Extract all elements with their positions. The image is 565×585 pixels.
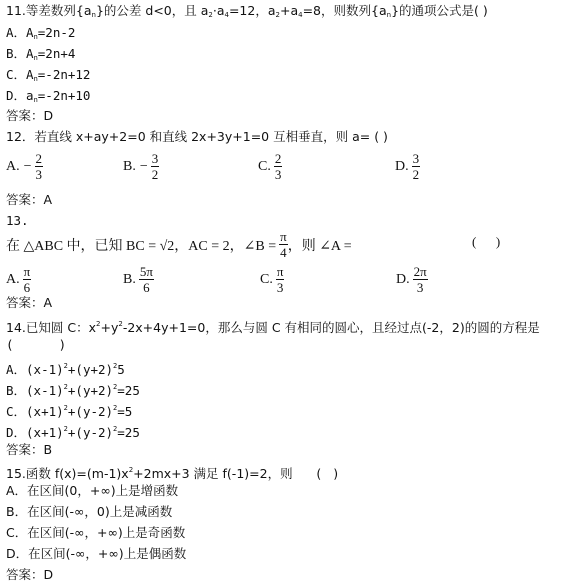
- question-13-stem: 在 △ABC 中，已知 BC = √2，AC = 2，∠B = π4，则 ∠A …: [6, 230, 352, 259]
- question-13-option-c: C.π3: [260, 265, 284, 294]
- question-number: 11.: [6, 3, 26, 18]
- stem-text: 已知圆 C：x: [26, 320, 96, 335]
- stem-text: 等差数列{a: [26, 3, 92, 18]
- stem-text: =12，a: [229, 3, 276, 18]
- question-12-stem: 12．若直线 x+ay+2=0 和直线 2x+3y+1=0 互相垂直，则 a= …: [6, 128, 388, 146]
- question-12-option-b: B.−32: [123, 152, 159, 181]
- fraction: π3: [276, 265, 285, 294]
- option-label: D．: [6, 88, 26, 103]
- question-13-option-a: A.π6: [6, 265, 31, 294]
- option-label: A.: [6, 159, 20, 175]
- question-14-option-c: C．(x+1)2+(y-2)2=5: [6, 399, 132, 421]
- fraction: 23: [274, 152, 283, 181]
- question-12-option-d: D.32: [395, 152, 420, 181]
- numerator: π: [23, 265, 32, 280]
- denominator: 6: [24, 280, 31, 294]
- option-label: B．: [6, 383, 26, 398]
- numerator: 3: [151, 152, 160, 167]
- stem-text: +a: [280, 3, 298, 18]
- question-15-answer: 答案：D: [6, 566, 53, 584]
- denominator: 6: [143, 280, 150, 294]
- question-number: 12．: [6, 129, 34, 144]
- option-label: A．: [6, 25, 26, 40]
- question-14-answer: 答案：B: [6, 441, 52, 459]
- stem-text: 若直线 x+ay+2=0 和直线 2x+3y+1=0 互相垂直，则 a= ( ): [34, 129, 388, 144]
- option-text: (x-1): [26, 362, 64, 377]
- question-15-stem: 15.函数 f(x)=(m-1)x2+2mx+3 满足 f(-1)=2，则 ( …: [6, 461, 338, 483]
- question-14-option-d: D．(x+1)2+(y-2)2=25: [6, 420, 140, 442]
- question-13-answer: 答案：A: [6, 294, 52, 312]
- question-11-stem: 11.等差数列{an}的公差 d<0，且 a2·a4=12，a2+a4=8，则数…: [6, 2, 488, 24]
- stem-text: =8，则数列{a: [303, 3, 387, 18]
- numerator: π: [279, 230, 288, 245]
- option-text: A: [26, 67, 34, 82]
- option-label: C．: [6, 404, 26, 419]
- question-number: 14.: [6, 320, 26, 335]
- option-text: +(y+2): [68, 362, 113, 377]
- option-text: A: [26, 46, 34, 61]
- fraction: 5π6: [139, 265, 154, 294]
- minus-sign: −: [24, 159, 32, 175]
- numerator: 5π: [139, 265, 154, 280]
- question-12-answer: 答案：A: [6, 191, 52, 209]
- option-label: C．: [6, 67, 26, 82]
- numerator: 2π: [413, 265, 428, 280]
- question-14-option-a: A．(x-1)2+(y+2)25: [6, 357, 125, 379]
- numerator: 3: [412, 152, 421, 167]
- fraction: 23: [35, 152, 44, 181]
- denominator: 3: [36, 167, 43, 181]
- option-text: =2n+4: [38, 46, 76, 61]
- option-text: =-2n+12: [38, 67, 91, 82]
- denominator: 4: [280, 245, 287, 259]
- option-text: A: [26, 25, 34, 40]
- option-text: +(y-2): [68, 404, 113, 419]
- option-label: C.: [258, 159, 271, 175]
- question-13-option-b: B.5π6: [123, 265, 154, 294]
- question-15-option-a: A．在区间(0，+∞)上是增函数: [6, 482, 178, 500]
- option-text: =25: [117, 425, 140, 440]
- numerator: π: [276, 265, 285, 280]
- question-12-option-c: C.23: [258, 152, 282, 181]
- numerator: 2: [274, 152, 283, 167]
- fraction: π4: [279, 230, 288, 259]
- stem-text: }的通项公式是( ): [391, 3, 488, 18]
- answer-blank: ( ): [6, 336, 66, 354]
- fraction: 32: [412, 152, 421, 181]
- option-text: +(y+2): [68, 383, 113, 398]
- question-11-option-c: C．An=-2n+12: [6, 66, 90, 88]
- stem-text: }的公差 d<0，且 a: [96, 3, 208, 18]
- option-text: 5: [117, 362, 125, 377]
- option-text: =-2n+10: [38, 88, 91, 103]
- question-11-answer: 答案：D: [6, 107, 53, 125]
- denominator: 3: [277, 280, 284, 294]
- option-label: D．: [6, 425, 26, 440]
- option-text: (x+1): [26, 404, 64, 419]
- stem-text: ·a: [213, 3, 225, 18]
- numerator: 2: [35, 152, 44, 167]
- option-label: A．: [6, 362, 26, 377]
- option-text: (x-1): [26, 383, 64, 398]
- question-11-option-d: D．an=-2n+10: [6, 87, 90, 109]
- fraction: 32: [151, 152, 160, 181]
- question-11-option-b: B．An=2n+4: [6, 45, 75, 67]
- option-text: a: [26, 88, 34, 103]
- option-text: =25: [117, 383, 140, 398]
- denominator: 3: [417, 280, 424, 294]
- option-label: B．: [6, 46, 26, 61]
- option-label: B.: [123, 159, 136, 175]
- question-14-stem: 14.已知圆 C：x2+y2-2x+4y+1=0，那么与圆 C 有相同的圆心，且…: [6, 315, 540, 337]
- stem-text: +y: [100, 320, 118, 335]
- question-15-option-c: C．在区间(-∞，+∞)上是奇函数: [6, 524, 185, 542]
- minus-sign: −: [140, 159, 148, 175]
- option-label: D.: [396, 272, 410, 288]
- denominator: 2: [152, 167, 159, 181]
- answer-blank: ( ): [472, 234, 500, 250]
- question-13-number: 13.: [6, 212, 29, 230]
- stem-text: ，则 ∠A =: [288, 235, 352, 255]
- option-text: +(y-2): [68, 425, 113, 440]
- question-12-option-a: A.−23: [6, 152, 43, 181]
- option-label: C.: [260, 272, 273, 288]
- option-label: B.: [123, 272, 136, 288]
- question-14-option-b: B．(x-1)2+(y+2)2=25: [6, 378, 140, 400]
- stem-text: -2x+4y+1=0，那么与圆 C 有相同的圆心，且经过点(-2，2)的圆的方程…: [123, 320, 540, 335]
- question-number: 15.: [6, 466, 26, 481]
- stem-text: 在 △ABC 中，已知 BC = √2，AC = 2，∠B =: [6, 235, 276, 255]
- denominator: 3: [275, 167, 282, 181]
- option-label: A.: [6, 272, 20, 288]
- question-15-option-d: D．在区间(-∞，+∞)上是偶函数: [6, 545, 186, 563]
- question-15-option-b: B．在区间(-∞，0)上是减函数: [6, 503, 172, 521]
- option-text: =2n-2: [38, 25, 76, 40]
- stem-text: +2mx+3 满足 f(-1)=2，则 ( ): [133, 466, 338, 481]
- option-label: D.: [395, 159, 409, 175]
- question-11-option-a: A．An=2n-2: [6, 24, 75, 46]
- question-13-option-d: D.2π3: [396, 265, 428, 294]
- fraction: π6: [23, 265, 32, 294]
- denominator: 2: [413, 167, 420, 181]
- option-text: =5: [117, 404, 132, 419]
- fraction: 2π3: [413, 265, 428, 294]
- option-text: (x+1): [26, 425, 64, 440]
- stem-text: 函数 f(x)=(m-1)x: [26, 466, 129, 481]
